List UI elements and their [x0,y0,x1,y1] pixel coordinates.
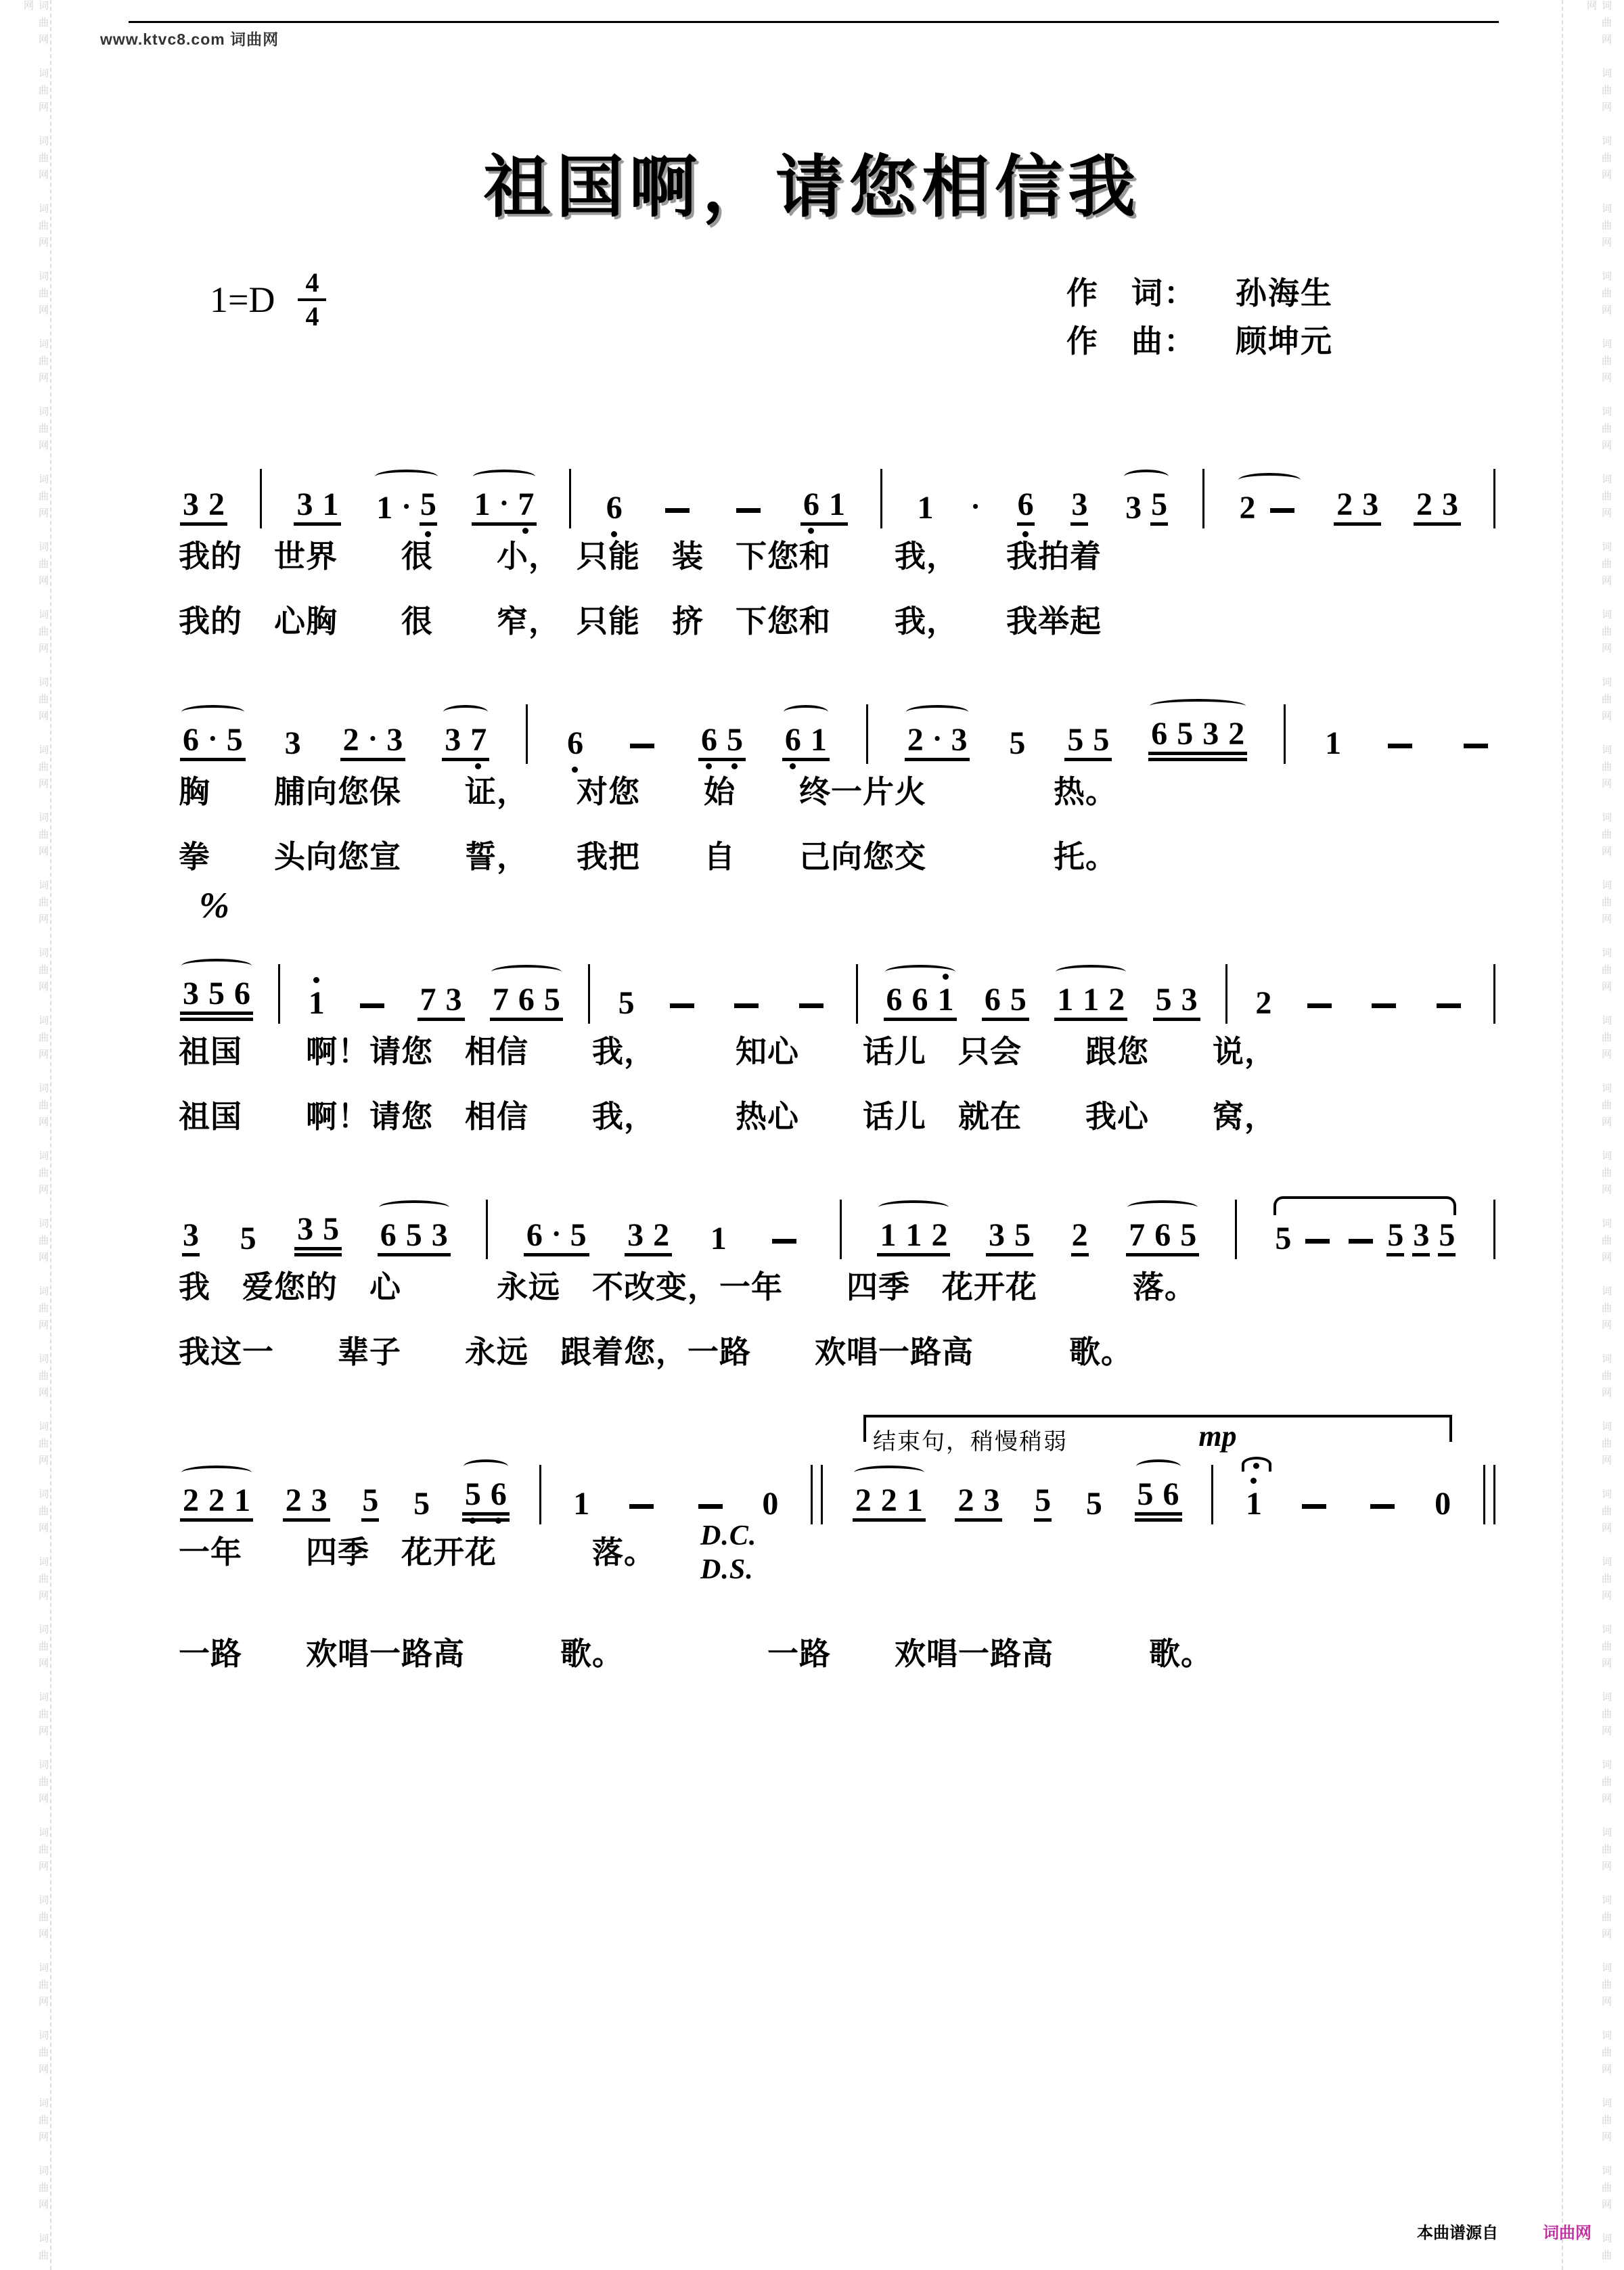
lyrics-5-verse-1: 一年 四季 花开花 落。 [179,1537,656,1568]
music-line-1: 32311·51·76611·633522323 [179,424,1497,526]
composer-label: 作 曲： [1066,317,1236,365]
composer-row: 作 曲：顾坤元 [1066,317,1333,365]
system-1: 32311·51·76611·633522323 我的 世界 很 小， 只能 装… [179,424,1497,637]
watermark-right-column: 词曲网 词曲网 词曲网 词曲网 词曲网 词曲网 词曲网 词曲网 词曲网 词曲网 … [1562,0,1613,2270]
system-5: 结束句，稍慢稍弱 mp 2212355561022123555610 一年 四季… [179,1420,1497,1670]
top-rule [129,21,1499,23]
dc-mark: D.C. [700,1519,757,1553]
footer-source-text: 本曲谱源自 [1417,2219,1498,2243]
lyrics-4-verse-1: 我 爱您的 心 永远 不改变，一年 四季 花开花 落。 [179,1271,1497,1302]
lyrics-3-verse-1: 祖国 啊！请您 相信 我， 知心 话儿 只会 跟您 说， [179,1036,1497,1067]
system-4: 35356536·53211123527655535 我 爱您的 心 永远 不改… [179,1155,1497,1367]
lyricist-label: 作 词： [1066,269,1236,317]
time-signature: 4 4 [298,269,326,330]
time-top: 4 [305,269,319,296]
lyrics-1-verse-1: 我的 世界 很 小， 只能 装 下您和 我， 我拍着 [179,541,1497,572]
lyrics-2-verse-2: 拳 头向您宣 誓， 我把 自 己向您交 托。 [179,841,1497,872]
ending-label: 结束句，稍慢稍弱 [873,1423,1068,1456]
segno-icon: % [199,884,229,926]
credits: 作 词：孙海生 作 曲：顾坤元 [1066,269,1333,366]
dynamic-mp: mp [1198,1419,1236,1453]
lyrics-4-verse-2: 我这一 辈子 永远 跟着您，一路 欢唱一路高 歌。 [179,1336,1497,1367]
ending-bracket: 结束句，稍慢稍弱 mp [863,1415,1452,1442]
sheet-music-page: www.ktvc8.com 词曲网 词曲网 词曲网 词曲网 词曲网 词曲网 词曲… [0,0,1624,2270]
music-line-3: 356173765566165112532 [179,920,1497,1021]
lyricist-name: 孙海生 [1236,275,1333,311]
system-2: 6·532·337665612·355565321 胸 脯向您保 证， 对您 始… [179,660,1497,872]
ds-mark: D.S. [700,1553,757,1587]
composer-name: 顾坤元 [1236,323,1333,359]
watermark-left-column: 词曲网 词曲网 词曲网 词曲网 词曲网 词曲网 词曲网 词曲网 词曲网 词曲网 … [11,0,51,2270]
music-line-4: 35356536·53211123527655535 [179,1155,1497,1256]
lyrics-5-verse-1-row: 一年 四季 花开花 落。 D.C. D.S. [179,1537,1497,1605]
footer: 本曲谱源自 词曲网 [1417,2219,1592,2243]
lyrics-1-verse-2: 我的 心胸 很 窄， 只能 挤 下您和 我， 我举起 [179,606,1497,637]
lyricist-row: 作 词：孙海生 [1066,269,1333,317]
repeat-marks: D.C. D.S. [700,1519,757,1587]
lyrics-3-verse-2: 祖国 啊！请您 相信 我， 热心 话儿 就在 我心 窝， [179,1101,1497,1132]
key-label: 1=D [210,279,275,321]
system-3: % 356173765566165112532 祖国 啊！请您 相信 我， 知心… [179,920,1497,1132]
meta-row: 1=D 4 4 作 词：孙海生 作 曲：顾坤元 [0,269,1624,366]
lyrics-5-verse-2: 一路 欢唱一路高 歌。 一路 欢唱一路高 歌。 [179,1638,1497,1669]
lyrics-2-verse-1: 胸 脯向您保 证， 对您 始 终一片火 热。 [179,776,1497,807]
music-line-2: 6·532·337665612·355565321 [179,660,1497,761]
watermark-top-left: www.ktvc8.com 词曲网 [100,27,279,49]
key-signature: 1=D 4 4 [210,269,326,330]
footer-site-link[interactable]: 词曲网 [1543,2219,1592,2243]
score: 32311·51·76611·633522323 我的 世界 很 小， 只能 装… [179,424,1497,1670]
time-bottom: 4 [305,303,319,330]
